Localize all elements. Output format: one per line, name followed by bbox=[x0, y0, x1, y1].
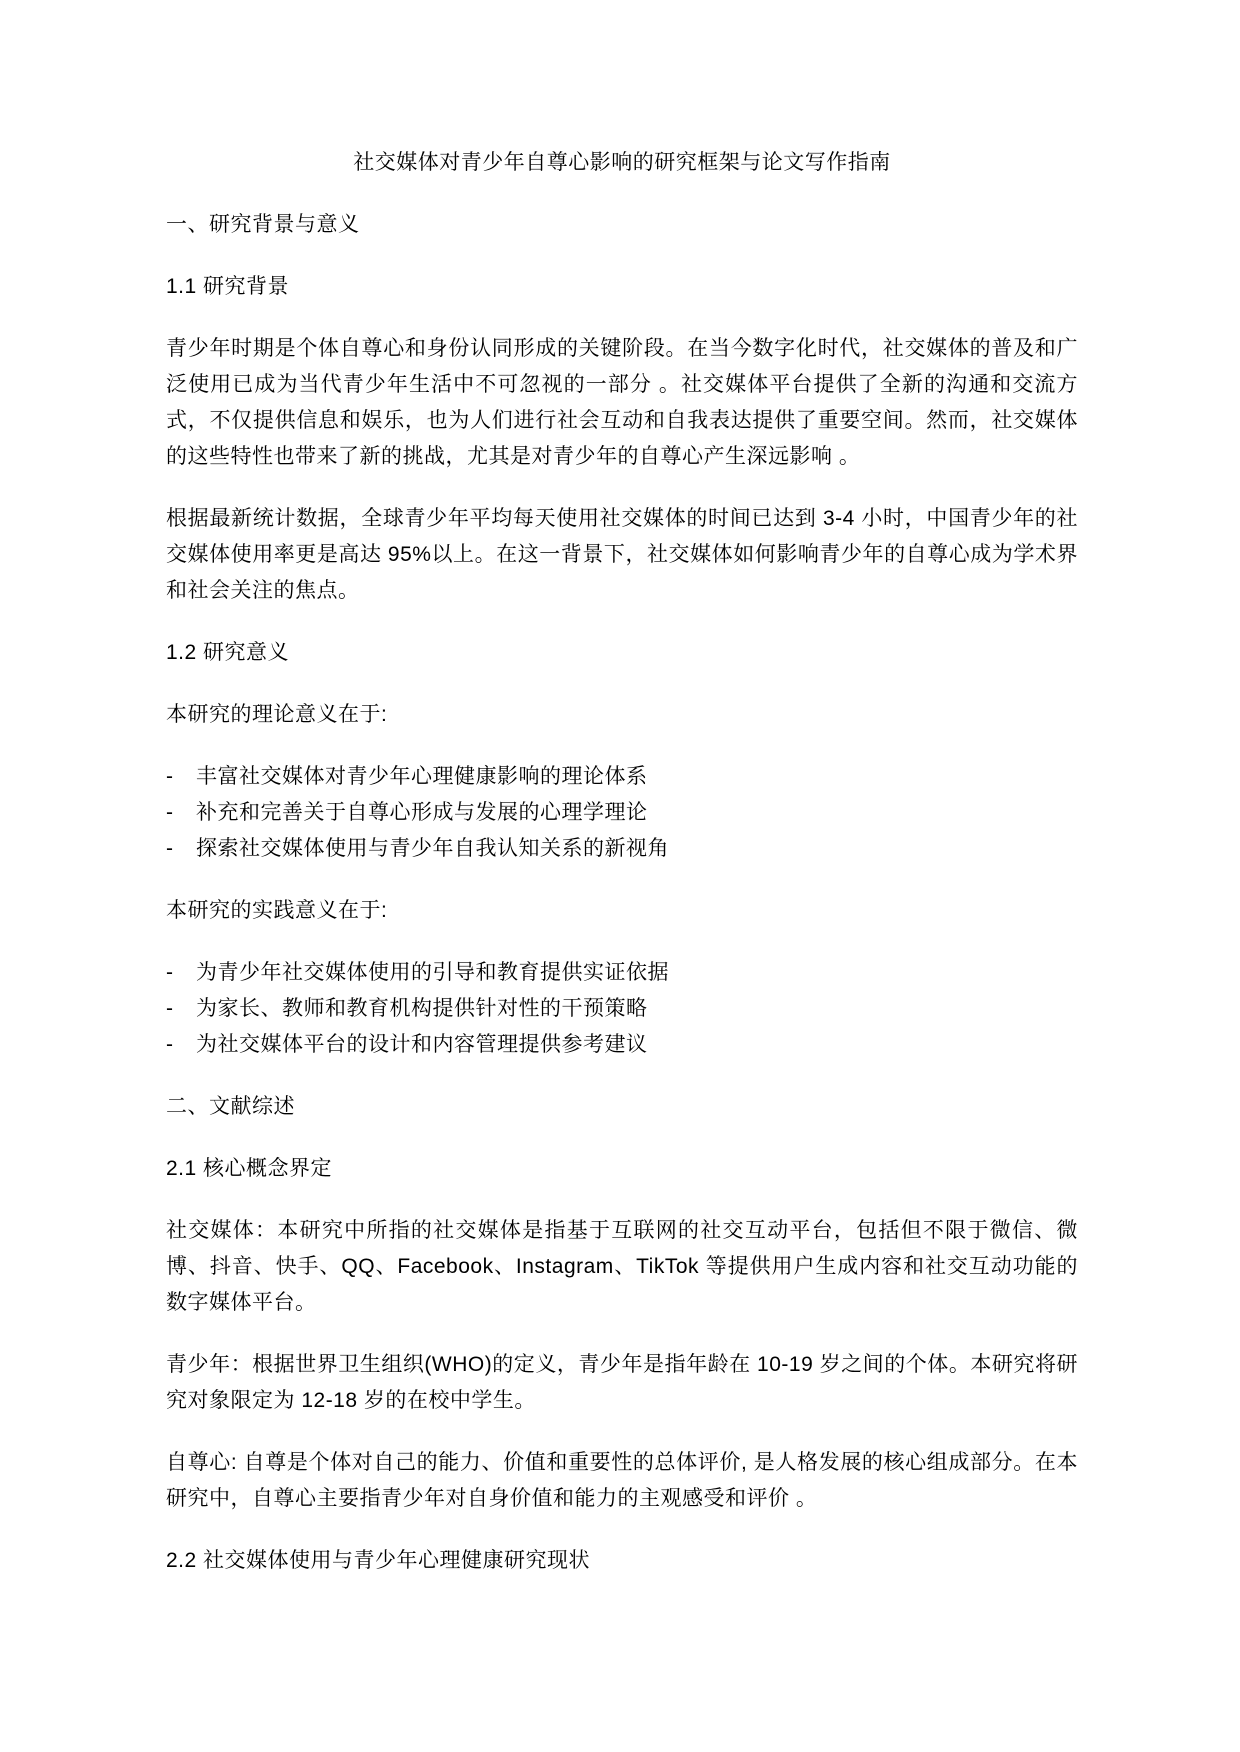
list-item: - 探索社交媒体使用与青少年自我认知关系的新视角 bbox=[166, 831, 1078, 867]
paragraph-adolescent-definition: 青少年：根据世界卫生组织(WHO)的定义，青少年是指年龄在 10-19 岁之间的… bbox=[166, 1347, 1078, 1419]
document-page: 社交媒体对青少年自尊心影响的研究框架与论文写作指南 一、研究背景与意义 1.1 … bbox=[0, 0, 1240, 1752]
list-item-text: 为青少年社交媒体使用的引导和教育提供实证依据 bbox=[196, 955, 1078, 991]
heading-2-2: 2.2 社交媒体使用与青少年心理健康研究现状 bbox=[166, 1543, 1078, 1579]
list-item-text: 探索社交媒体使用与青少年自我认知关系的新视角 bbox=[196, 831, 1078, 867]
list-item: - 为社交媒体平台的设计和内容管理提供参考建议 bbox=[166, 1027, 1078, 1063]
bullet-marker: - bbox=[166, 1027, 196, 1063]
list-item: - 丰富社交媒体对青少年心理健康影响的理论体系 bbox=[166, 759, 1078, 795]
list-item-text: 为家长、教师和教育机构提供针对性的干预策略 bbox=[196, 991, 1078, 1027]
bullet-marker: - bbox=[166, 955, 196, 991]
bullet-marker: - bbox=[166, 991, 196, 1027]
paragraph-social-media-definition: 社交媒体：本研究中所指的社交媒体是指基于互联网的社交互动平台，包括但不限于微信、… bbox=[166, 1213, 1078, 1321]
heading-1-1: 1.1 研究背景 bbox=[166, 269, 1078, 305]
heading-section-1: 一、研究背景与意义 bbox=[166, 207, 1078, 243]
list-item: - 为家长、教师和教育机构提供针对性的干预策略 bbox=[166, 991, 1078, 1027]
paragraph-self-esteem-definition: 自尊心: 自尊是个体对自己的能力、价值和重要性的总体评价, 是人格发展的核心组成… bbox=[166, 1445, 1078, 1517]
bullet-marker: - bbox=[166, 831, 196, 867]
document-content: 社交媒体对青少年自尊心影响的研究框架与论文写作指南 一、研究背景与意义 1.1 … bbox=[166, 145, 1078, 1605]
list-item-text: 为社交媒体平台的设计和内容管理提供参考建议 bbox=[196, 1027, 1078, 1063]
list-item-text: 补充和完善关于自尊心形成与发展的心理学理论 bbox=[196, 795, 1078, 831]
paragraph-background-1: 青少年时期是个体自尊心和身份认同形成的关键阶段。在当今数字化时代，社交媒体的普及… bbox=[166, 331, 1078, 475]
heading-1-2: 1.2 研究意义 bbox=[166, 635, 1078, 671]
list-item-text: 丰富社交媒体对青少年心理健康影响的理论体系 bbox=[196, 759, 1078, 795]
theory-significance-list: - 丰富社交媒体对青少年心理健康影响的理论体系 - 补充和完善关于自尊心形成与发… bbox=[166, 759, 1078, 867]
list-item: - 为青少年社交媒体使用的引导和教育提供实证依据 bbox=[166, 955, 1078, 991]
paragraph-theory-intro: 本研究的理论意义在于: bbox=[166, 697, 1078, 733]
heading-section-2: 二、文献综述 bbox=[166, 1089, 1078, 1125]
list-item: - 补充和完善关于自尊心形成与发展的心理学理论 bbox=[166, 795, 1078, 831]
bullet-marker: - bbox=[166, 759, 196, 795]
practice-significance-list: - 为青少年社交媒体使用的引导和教育提供实证依据 - 为家长、教师和教育机构提供… bbox=[166, 955, 1078, 1063]
bullet-marker: - bbox=[166, 795, 196, 831]
paragraph-background-2: 根据最新统计数据，全球青少年平均每天使用社交媒体的时间已达到 3-4 小时，中国… bbox=[166, 501, 1078, 609]
doc-title: 社交媒体对青少年自尊心影响的研究框架与论文写作指南 bbox=[166, 145, 1078, 181]
heading-2-1: 2.1 核心概念界定 bbox=[166, 1151, 1078, 1187]
paragraph-practice-intro: 本研究的实践意义在于: bbox=[166, 893, 1078, 929]
